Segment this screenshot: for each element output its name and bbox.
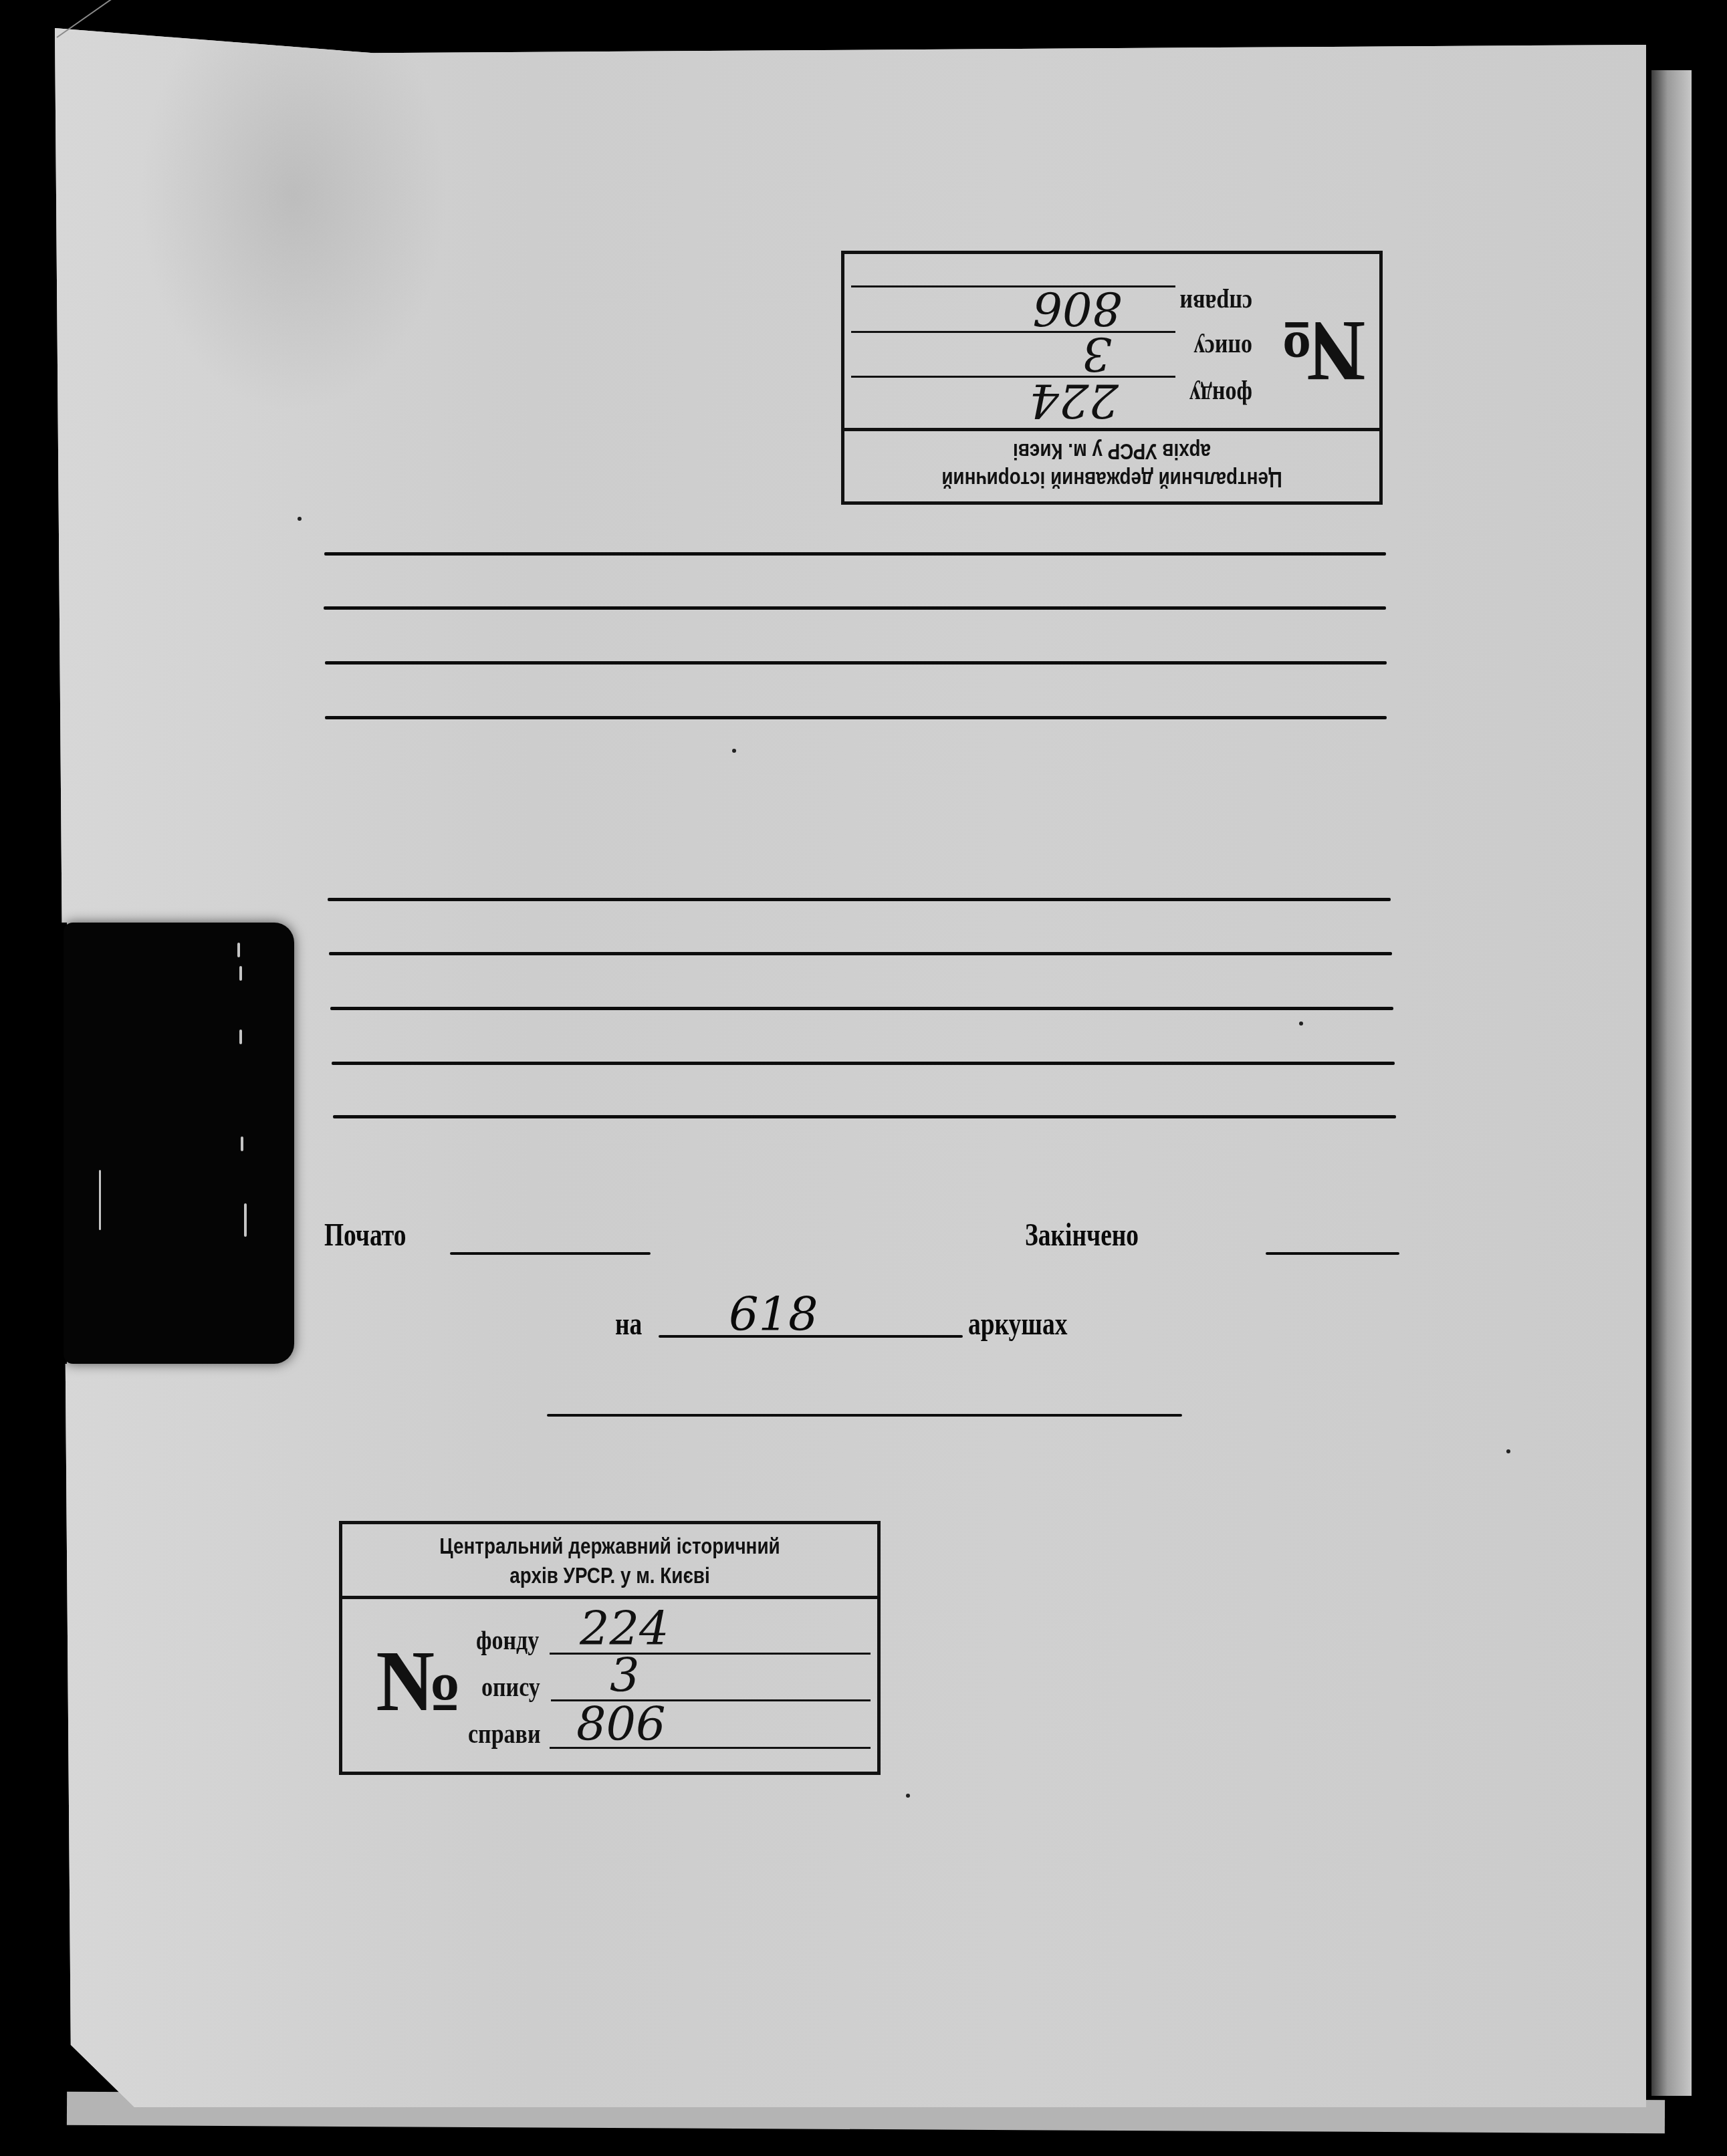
- signature-line: [547, 1414, 1182, 1417]
- field-label-sprava: справи: [468, 1718, 541, 1750]
- field-value-opys: 3: [610, 1648, 640, 1703]
- field-label-fond: фонду: [476, 1625, 539, 1656]
- numero-sign: №: [1286, 301, 1366, 401]
- finished-label: Закінчено: [1025, 1217, 1139, 1253]
- numero-sign: №: [376, 1631, 455, 1731]
- paper-speck: [298, 517, 302, 521]
- title-line-6: [329, 952, 1392, 955]
- bottom-archive-stamp: Центральний державний історичний архів У…: [339, 1521, 881, 1775]
- started-label: Почато: [324, 1217, 406, 1253]
- title-line-4: [325, 716, 1387, 719]
- title-line-9: [333, 1115, 1396, 1118]
- title-line-2: [324, 606, 1386, 610]
- clip-highlight: [239, 966, 242, 981]
- binding-clip: [64, 923, 294, 1364]
- field-label-opys: опису: [481, 1671, 540, 1703]
- binding-clip-shadow: [0, 923, 67, 1364]
- clip-highlight: [244, 1203, 247, 1237]
- field-label-sprava: справи: [1179, 288, 1252, 320]
- field-line-fond: [851, 376, 1175, 378]
- finished-date-line: [1266, 1252, 1399, 1255]
- stamp-divider: [844, 428, 1379, 431]
- clip-highlight: [237, 943, 240, 957]
- title-line-5: [328, 898, 1391, 901]
- title-line-8: [332, 1062, 1395, 1065]
- field-label-fond: фонду: [1189, 380, 1252, 411]
- sheets-count-value[interactable]: 618: [729, 1287, 818, 1342]
- stamp-header-line1: Центральний державний історичний: [390, 1534, 829, 1560]
- field-value-sprava: 806: [576, 1697, 666, 1752]
- field-value-sprava: 806: [1032, 281, 1122, 336]
- title-line-7: [330, 1007, 1393, 1010]
- title-line-1: [324, 552, 1386, 556]
- field-line-sprava: [851, 285, 1175, 287]
- started-date-line: [450, 1252, 651, 1255]
- stamp-header-line2: архів УРСР. у м. Києві: [390, 1563, 829, 1589]
- stamp-divider: [342, 1596, 877, 1599]
- clip-highlight: [99, 1170, 101, 1230]
- sheets-prefix-label: на: [615, 1306, 642, 1342]
- paper-speck: [1506, 1449, 1510, 1453]
- field-value-fond: 224: [1029, 373, 1119, 428]
- paper-speck: [1299, 1022, 1303, 1026]
- title-line-3: [325, 661, 1387, 665]
- paper-speck: [906, 1794, 910, 1798]
- sheets-suffix-label: аркушах: [968, 1306, 1067, 1342]
- stamp-header-line2: архів УРСР у м. Києві: [893, 438, 1331, 464]
- stamp-header-line1: Центральний державний історичний: [893, 466, 1331, 492]
- paper-speck: [732, 749, 736, 753]
- field-label-opys: опису: [1193, 333, 1252, 364]
- field-line-opys: [851, 331, 1175, 333]
- underlying-sheet-right: [1651, 70, 1692, 2096]
- clip-highlight: [239, 1030, 242, 1044]
- top-archive-stamp: Центральний державний історичний архів У…: [841, 251, 1383, 505]
- clip-highlight: [241, 1136, 243, 1151]
